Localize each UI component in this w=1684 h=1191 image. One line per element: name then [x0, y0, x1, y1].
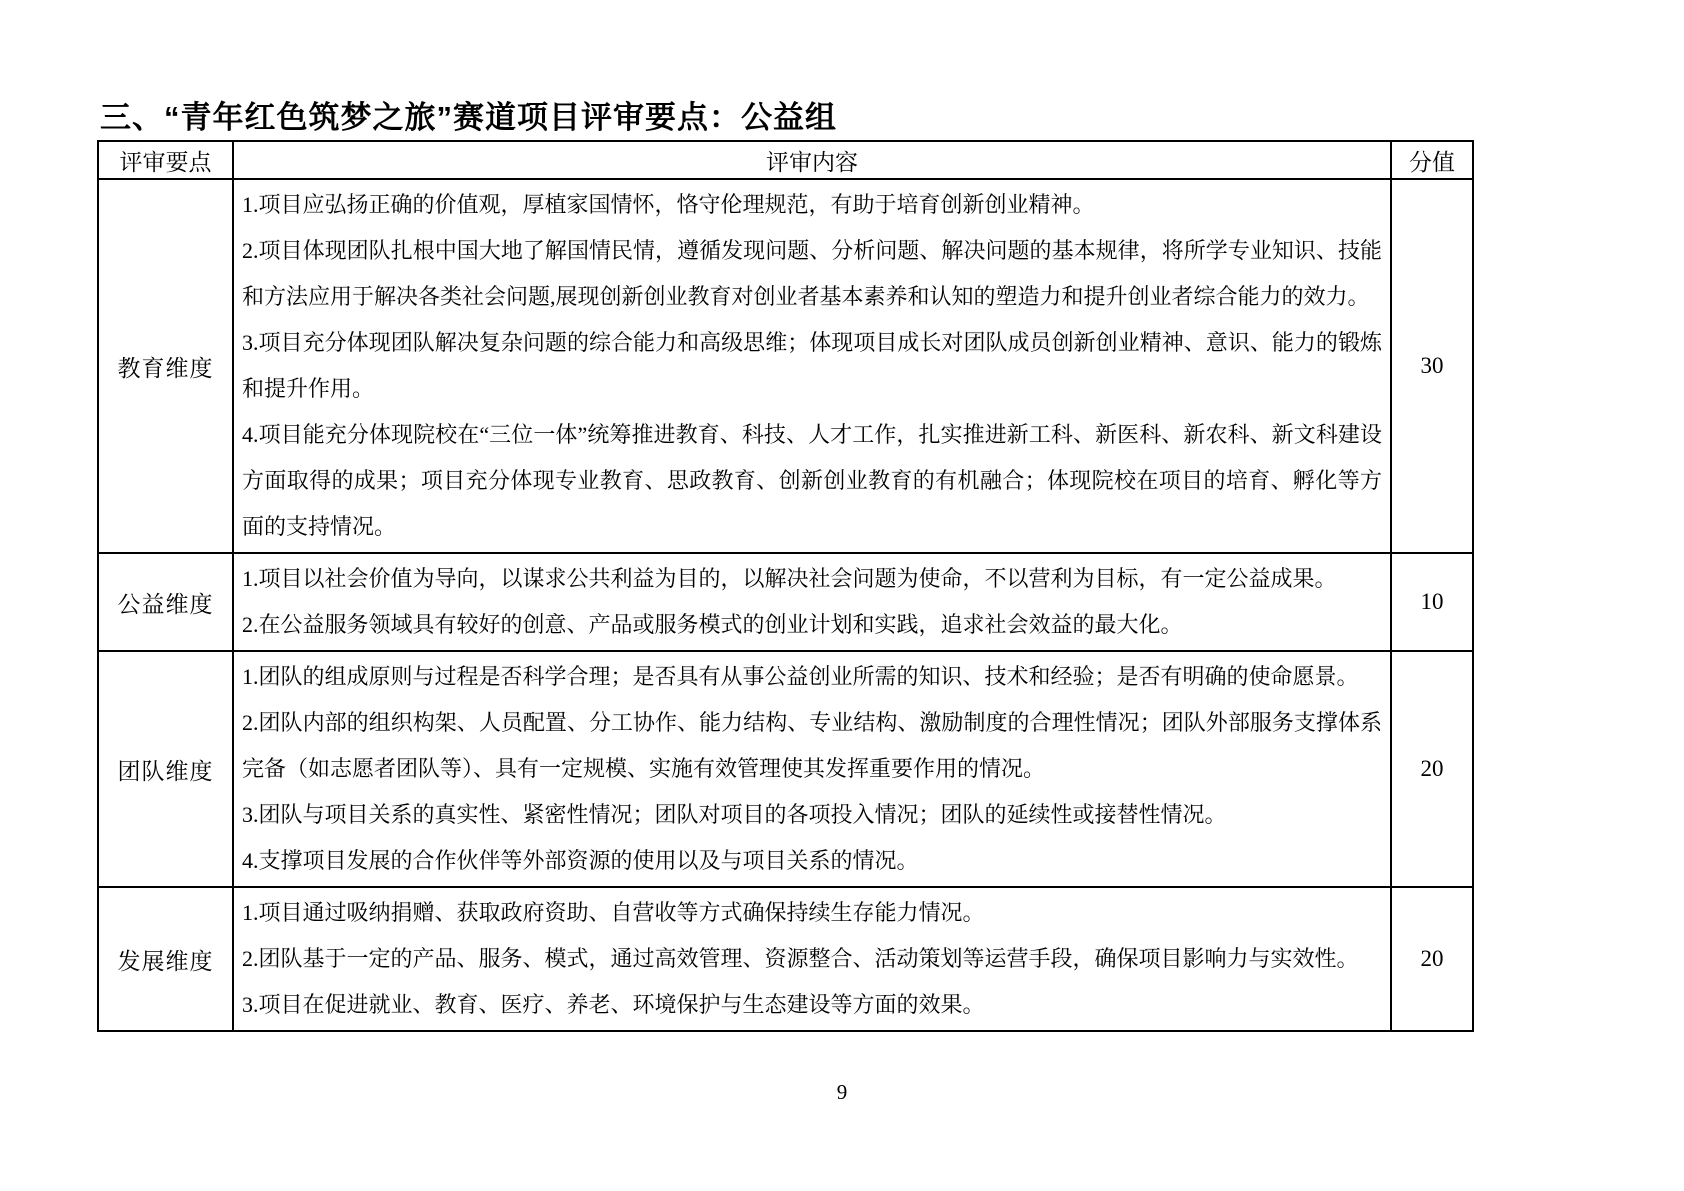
dimension-label: 发展维度 — [98, 887, 233, 1031]
criteria-item: 1.项目通过吸纳捐赠、获取政府资助、自营收等方式确保持续生存能力情况。 — [242, 890, 1382, 936]
table-row-public-welfare: 公益维度 1.项目以社会价值为导向，以谋求公共利益为目的，以解决社会问题为使命，… — [98, 553, 1473, 651]
dimension-label: 公益维度 — [98, 553, 233, 651]
header-score: 分值 — [1391, 141, 1473, 179]
document-page: 三、“青年红色筑梦之旅”赛道项目评审要点：公益组 评审要点 评审内容 分值 教育… — [0, 0, 1684, 1191]
criteria-content: 1.项目以社会价值为导向，以谋求公共利益为目的，以解决社会问题为使命，不以营利为… — [233, 553, 1391, 651]
table-row-development: 发展维度 1.项目通过吸纳捐赠、获取政府资助、自营收等方式确保持续生存能力情况。… — [98, 887, 1473, 1031]
criteria-content: 1.团队的组成原则与过程是否科学合理；是否具有从事公益创业所需的知识、技术和经验… — [233, 651, 1391, 887]
criteria-item: 3.项目在促进就业、教育、医疗、养老、环境保护与生态建设等方面的效果。 — [242, 982, 1382, 1028]
criteria-item: 3.团队与项目关系的真实性、紧密性情况；团队对项目的各项投入情况；团队的延续性或… — [242, 792, 1382, 838]
criteria-item: 4.项目能充分体现院校在“三位一体”统筹推进教育、科技、人才工作，扎实推进新工科… — [242, 412, 1382, 550]
score-value: 20 — [1391, 887, 1473, 1031]
criteria-item: 3.项目充分体现团队解决复杂问题的综合能力和高级思维；体现项目成长对团队成员创新… — [242, 320, 1382, 412]
criteria-item: 2.团队内部的组织构架、人员配置、分工协作、能力结构、专业结构、激励制度的合理性… — [242, 700, 1382, 792]
score-value: 30 — [1391, 179, 1473, 553]
criteria-item: 1.项目以社会价值为导向，以谋求公共利益为目的，以解决社会问题为使命，不以营利为… — [242, 556, 1382, 602]
table-row-team: 团队维度 1.团队的组成原则与过程是否科学合理；是否具有从事公益创业所需的知识、… — [98, 651, 1473, 887]
criteria-item: 1.项目应弘扬正确的价值观，厚植家国情怀，恪守伦理规范，有助于培育创新创业精神。 — [242, 182, 1382, 228]
page-title: 三、“青年红色筑梦之旅”赛道项目评审要点：公益组 — [100, 92, 837, 137]
criteria-item: 1.团队的组成原则与过程是否科学合理；是否具有从事公益创业所需的知识、技术和经验… — [242, 654, 1382, 700]
table-row-education: 教育维度 1.项目应弘扬正确的价值观，厚植家国情怀，恪守伦理规范，有助于培育创新… — [98, 179, 1473, 553]
score-value: 10 — [1391, 553, 1473, 651]
header-review-content: 评审内容 — [233, 141, 1391, 179]
review-criteria-table: 评审要点 评审内容 分值 教育维度 1.项目应弘扬正确的价值观，厚植家国情怀，恪… — [97, 140, 1474, 1032]
page-number: 9 — [0, 1080, 1684, 1105]
criteria-item: 2.项目体现团队扎根中国大地了解国情民情，遵循发现问题、分析问题、解决问题的基本… — [242, 228, 1382, 320]
dimension-label: 团队维度 — [98, 651, 233, 887]
score-value: 20 — [1391, 651, 1473, 887]
criteria-content: 1.项目应弘扬正确的价值观，厚植家国情怀，恪守伦理规范，有助于培育创新创业精神。… — [233, 179, 1391, 553]
criteria-item: 4.支撑项目发展的合作伙伴等外部资源的使用以及与项目关系的情况。 — [242, 838, 1382, 884]
table-header-row: 评审要点 评审内容 分值 — [98, 141, 1473, 179]
criteria-content: 1.项目通过吸纳捐赠、获取政府资助、自营收等方式确保持续生存能力情况。 2.团队… — [233, 887, 1391, 1031]
dimension-label: 教育维度 — [98, 179, 233, 553]
criteria-item: 2.团队基于一定的产品、服务、模式，通过高效管理、资源整合、活动策划等运营手段，… — [242, 936, 1382, 982]
criteria-item: 2.在公益服务领域具有较好的创意、产品或服务模式的创业计划和实践，追求社会效益的… — [242, 602, 1382, 648]
header-review-point: 评审要点 — [98, 141, 233, 179]
